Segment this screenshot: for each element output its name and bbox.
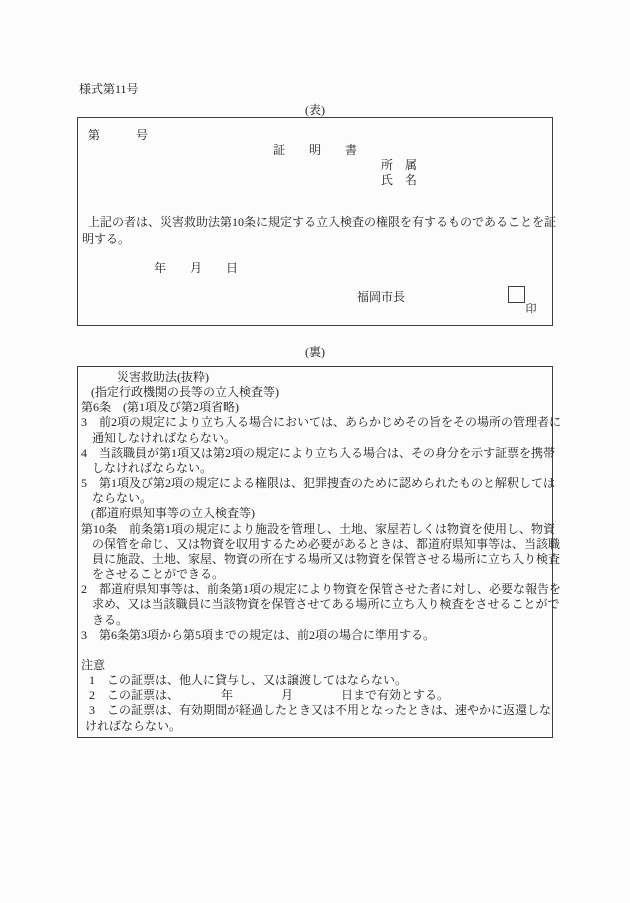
name-label: 氏 名 [381, 171, 417, 188]
seal-character: 印 [526, 303, 537, 315]
text-line: しなければならない。 [81, 461, 550, 476]
text-line: 2 都道府県知事等は、前条第1項の規定により物資を保管させた者に対し、必要な報告… [81, 582, 550, 597]
text-line: 5 第1項及び第2項の規定による権限は、犯罪捜査のために認められたものと解釈して… [81, 476, 550, 491]
text-line: 求め、又は当該職員に当該物資を保管させてある場所に立ち入り検査をさせることがで [81, 597, 550, 612]
certificate-title: 証 明 書 [78, 141, 552, 158]
text-line: ならない。 [81, 491, 550, 506]
text-line: 第10条 前条第1項の規定により施設を管理し、土地、家屋若しくは物資を使用し、物… [81, 522, 550, 537]
text-line: 災害救助法(抜粋) [81, 370, 550, 385]
text-line: 1 この証票は、他人に貸与し、又は譲渡してはならない。 [81, 673, 550, 688]
text-line: 第6条 (第1項及び第2項省略) [81, 400, 550, 415]
text-line: の保管を命じ、又は物資を収用するため必要があるときは、都道府県知事等は、当該職 [81, 537, 550, 552]
front-side-label: (表) [0, 101, 630, 118]
text-line: 3 この証票は、有効期間が経過したとき又は不用となったときは、速やかに返還しな [81, 703, 550, 718]
certificate-body-line-1: 上記の者は、災害救助法第10条に規定する立入検査の権限を有するものであることを証 [88, 213, 556, 230]
issuer-label: 福岡市長 [357, 288, 405, 305]
text-line: ければならない。 [81, 719, 550, 734]
text-line: 注意 [81, 658, 550, 673]
text-line: 3 第6条第3項から第5項までの規定は、前2項の場合に準用する。 [81, 628, 550, 643]
certificate-body-line-2: 明する。 [82, 230, 130, 247]
text-line [81, 643, 550, 658]
text-line: 員に施設、土地、家屋、物資の所在する場所又は物資を保管させる場所に立ち入り検査 [81, 552, 550, 567]
document-page: 様式第11号 (表) 第 号 証 明 書 所 属 氏 名 上記の者は、災害救助法… [0, 0, 630, 903]
text-line: (都道府県知事等の立入検査等) [81, 506, 550, 521]
back-side-label: (裏) [0, 343, 630, 360]
text-line: 4 当該職員が第1項又は第2項の規定により立ち入る場合は、その身分を示す証票を携… [81, 446, 550, 461]
certificate-front-box: 第 号 証 明 書 所 属 氏 名 上記の者は、災害救助法第10条に規定する立入… [77, 117, 553, 326]
date-line: 年 月 日 [154, 259, 238, 276]
text-line: (指定行政機関の長等の立入検査等) [81, 385, 550, 400]
text-line: 2 この証票は、 年 月 日まで有効とする。 [81, 688, 550, 703]
text-line: 3 前2項の規定により立ち入る場合においては、あらかじめその旨をその場所の管理者… [81, 415, 550, 430]
text-line: 通知しなければならない。 [81, 431, 550, 446]
form-number-label: 様式第11号 [79, 80, 139, 97]
text-line: きる。 [81, 613, 550, 628]
certificate-back-box: 災害救助法(抜粋)(指定行政機関の長等の立入検査等)第6条 (第1項及び第2項省… [77, 366, 553, 738]
text-line: をさせることができる。 [81, 567, 550, 582]
seal-box: 印 [508, 286, 525, 303]
